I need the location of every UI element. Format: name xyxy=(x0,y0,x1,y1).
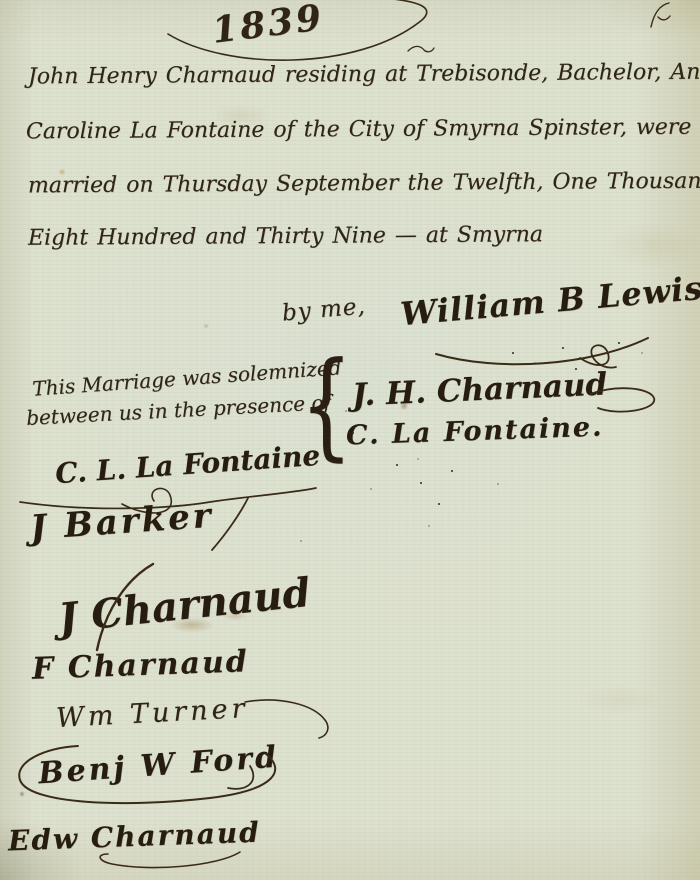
edw-underline-flourish xyxy=(88,850,244,872)
officiant-signature: William B Lewis xyxy=(399,269,700,333)
j-charnaud-loop-flourish xyxy=(95,562,155,652)
witness-signature-turner: Wm Turner xyxy=(55,693,249,734)
byline-prefix: by me, xyxy=(281,293,367,326)
entry-line-3: married on Thursday September the Twelft… xyxy=(28,169,700,199)
entry-line-2: Caroline La Fontaine of the City of Smyr… xyxy=(26,115,692,145)
marriage-register-page: 1839 John Henry Charnaud residing at Tre… xyxy=(0,0,700,880)
ink-specks xyxy=(0,0,2,2)
barker-upstroke-flourish xyxy=(210,496,250,552)
entry-line-1: John Henry Charnaud residing at Trebison… xyxy=(28,60,700,90)
turner-swash-flourish xyxy=(243,694,331,742)
party-signature-groom: J. H. Charnaud xyxy=(351,366,608,413)
witness-signature-f-charnaud: F Charnaud xyxy=(31,644,249,687)
ford-oval-flourish xyxy=(14,736,292,812)
party-signature-bride: C. La Fontaine. xyxy=(346,412,604,452)
entry-line-4: Eight Hundred and Thirty Nine — at Smyrn… xyxy=(28,222,543,251)
pen-check-mark xyxy=(648,1,674,31)
witness-signature-la-fontaine: C. L. La Fontaine xyxy=(54,439,321,490)
pen-tilde-mark xyxy=(406,42,436,56)
